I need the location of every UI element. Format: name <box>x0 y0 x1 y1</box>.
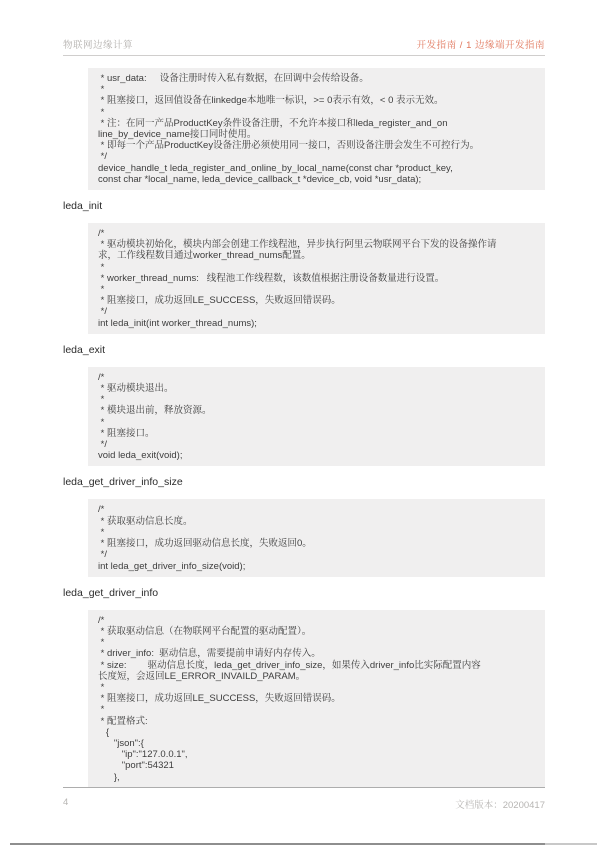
section-heading-leda-init: leda_init <box>63 201 545 212</box>
code-block-leda-exit: /* * 驱动模块退出。 * * 模块退出前，释放资源。 * * 阻塞接口。 *… <box>88 367 545 467</box>
page-bottom-edge-line <box>10 843 597 845</box>
section-heading-leda-get-driver-info: leda_get_driver_info <box>63 588 545 599</box>
page-bottom-edge-line-light <box>545 843 597 845</box>
doc-version-label: 文档版本：20200417 <box>455 797 545 811</box>
document-page: 物联网边缘计算 开发指南 / 1 边缘端开发指南 * usr_data: 设备注… <box>0 0 600 851</box>
section-heading-leda-exit: leda_exit <box>63 345 545 356</box>
code-block-leda-init: /* * 驱动模块初始化，模块内部会创建工作线程池，异步执行阿里云物联网平台下发… <box>88 223 545 334</box>
page-footer: 4 文档版本：20200417 <box>63 787 545 811</box>
code-block-leda-get-driver-info-size: /* * 获取驱动信息长度。 * * 阻塞接口，成功返回驱动信息长度，失败返回0… <box>88 499 545 576</box>
code-block-register-and-online: * usr_data: 设备注册时传入私有数据，在回调中会传给设备。 * * 阻… <box>88 68 545 190</box>
section-heading-leda-get-driver-info-size: leda_get_driver_info_size <box>63 477 545 488</box>
header-doc-title: 物联网边缘计算 <box>63 40 133 52</box>
page-number: 4 <box>63 797 68 811</box>
page-content-area: 物联网边缘计算 开发指南 / 1 边缘端开发指南 * usr_data: 设备注… <box>0 0 600 788</box>
header-breadcrumb: 开发指南 / 1 边缘端开发指南 <box>417 40 545 52</box>
page-header: 物联网边缘计算 开发指南 / 1 边缘端开发指南 <box>63 40 545 56</box>
code-block-leda-get-driver-info: /* * 获取驱动信息（在物联网平台配置的驱动配置）。 * * driver_i… <box>88 610 545 788</box>
